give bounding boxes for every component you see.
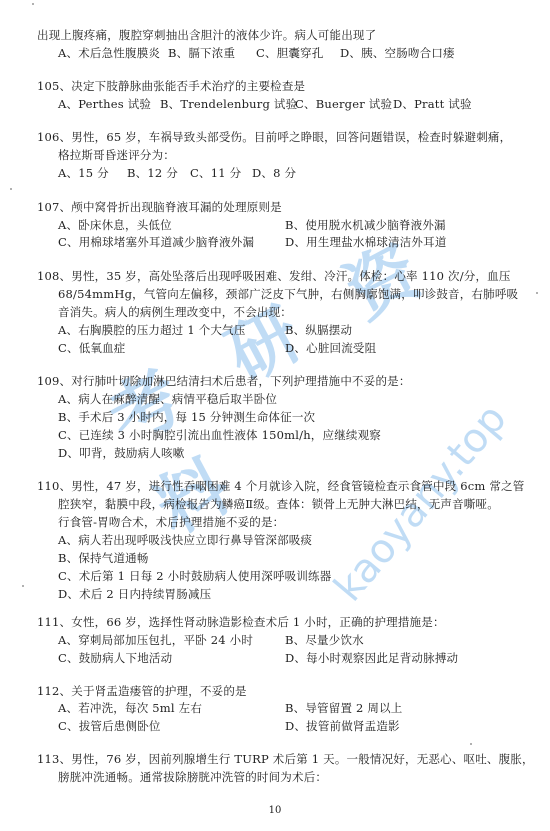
q105-option-a: A、Perthes 试验 [58,97,151,111]
scan-speck [10,188,12,190]
q108-option-d: D、心脏回流受阻 [285,341,376,355]
q104-stem: 出现上腹疼痛，腹腔穿刺抽出含胆汁的液体少许。病人可能出现了 [37,28,376,42]
q111-option-b: B、尽量少饮水 [285,633,364,647]
q105-stem: 105、决定下肢静脉曲张能否手术治疗的主要检查是 [37,79,305,93]
q104-option-a: A、术后急性腹膜炎 [58,46,160,60]
q112-stem: 112、关于肾盂造瘘管的护理，不妥的是 [37,684,247,698]
q110-option-c: C、术后第 1 日每 2 小时鼓励病人使用深呼吸训练器 [58,569,331,583]
q107-option-a: A、卧床休息，头低位 [58,218,172,232]
scan-speck [470,743,472,745]
q106-option-a: A、15 分 [58,166,109,180]
q111-option-d: D、每小时观察因此足背动脉搏动 [285,651,458,665]
q106-stem: 106、男性，65 岁，车祸导致头部受伤。目前呼之睁眼，回答问题错误，检查时躲避… [37,130,511,144]
q113-stem-2: 膀胱冲洗通畅。通常拔除膀胱冲洗管的时间为术后： [58,770,327,784]
q106-option-c: C、11 分 [190,166,241,180]
q109-option-a: A、病人在麻醉清醒、病情平稳后取半卧位 [58,392,277,406]
q110-option-b: B、保持气道通畅 [58,551,149,565]
exam-page: 考 研 资 料 kaoyany.top 出现上腹疼痛，腹腔穿刺抽出含胆汁的液体少… [0,0,550,831]
q108-stem-2: 68/54mmHg，气管向左偏移，颈部广泛皮下气肿，右侧胸廓饱满，叩诊鼓音，右肺… [58,287,518,301]
q111-option-c: C、鼓励病人下地活动 [58,651,172,665]
q109-stem: 109、对行肺叶切除加淋巴结清扫术后患者，下列护理措施中不妥的是： [37,374,411,388]
q106-option-b: B、12 分 [127,166,178,180]
q104-option-b: B、膈下浓重 [168,46,235,60]
q107-stem: 107、颅中窝骨折出现脑脊液耳漏的处理原则是 [37,200,282,214]
q105-option-b: B、Trendelenburg 试验 [160,97,297,111]
q109-option-c: C、已连续 3 小时胸腔引流出血性液体 150ml/h，应继续观察 [58,428,381,442]
q109-option-b: B、手术后 3 小时内，每 15 分钟测生命体征一次 [58,410,315,424]
q109-option-d: D、叩背，鼓励病人咳嗽 [58,446,184,460]
q110-option-d: D、术后 2 日内持续胃肠减压 [58,587,211,601]
q110-stem-3: 行食管-胃吻合术，术后护理措施不妥的是： [58,515,284,529]
q108-option-b: B、纵膈摆动 [285,323,352,337]
q111-stem: 111、女性，66 岁，选择性肾动脉造影检查术后 1 小时，正确的护理措施是： [37,615,445,629]
scan-speck [22,585,24,587]
q112-option-d: D、拔管前做肾盂造影 [285,719,400,733]
q112-option-c: C、拔管后患侧卧位 [58,719,161,733]
q108-stem: 108、男性，35 岁，高处坠落后出现呼吸困难、发绀、冷汗。体检：心率 110 … [37,269,511,283]
q105-option-d: D、Pratt 试验 [393,97,472,111]
q112-option-a: A、若冲洗，每次 5ml 左右 [58,701,202,715]
q107-option-b: B、使用脱水机减少脑脊液外漏 [285,218,446,232]
q112-option-b: B、导管留置 2 周以上 [285,701,402,715]
q108-stem-3: 音消失。病人的病例生理改变中，不会出现： [58,305,292,319]
q107-option-d: D、用生理盐水棉球清洁外耳道 [285,235,447,249]
q104-option-c: C、胆囊穿孔 [256,46,324,60]
q105-option-c: C、Buerger 试验 [295,97,392,111]
page-number: 10 [0,805,550,816]
scan-speck [536,292,538,294]
scan-speck [32,3,34,5]
q106-option-d: D、8 分 [252,166,296,180]
q110-stem: 110、男性，47 岁，进行性吞咽困难 4 个月就诊入院，经食管镜检查示食管中段… [37,479,524,493]
q110-stem-2: 腔狭窄，黏膜中段，病检报告为鳞癌Ⅱ级。查体：锁骨上无肿大淋巴结，无声音嘶哑。 [58,497,499,511]
q107-option-c: C、用棉球堵塞外耳道减少脑脊液外漏 [58,235,254,249]
q110-option-a: A、病人若出现呼吸浅快应立即行鼻导管深部吸痰 [58,533,312,547]
q113-stem: 113、男性，76 岁，因前列腺增生行 TURP 术后第 1 天。一般情况好，无… [37,752,534,766]
q106-stem-2: 格拉斯哥昏迷评分为： [58,148,175,162]
q104-option-d: D、胰、空肠吻合口瘘 [340,46,455,60]
q108-option-a: A、右胸膜腔的压力超过 1 个大气压 [58,323,246,337]
q111-option-a: A、穿刺局部加压包扎，平卧 24 小时 [58,633,253,647]
q108-option-c: C、低氧血症 [58,341,126,355]
